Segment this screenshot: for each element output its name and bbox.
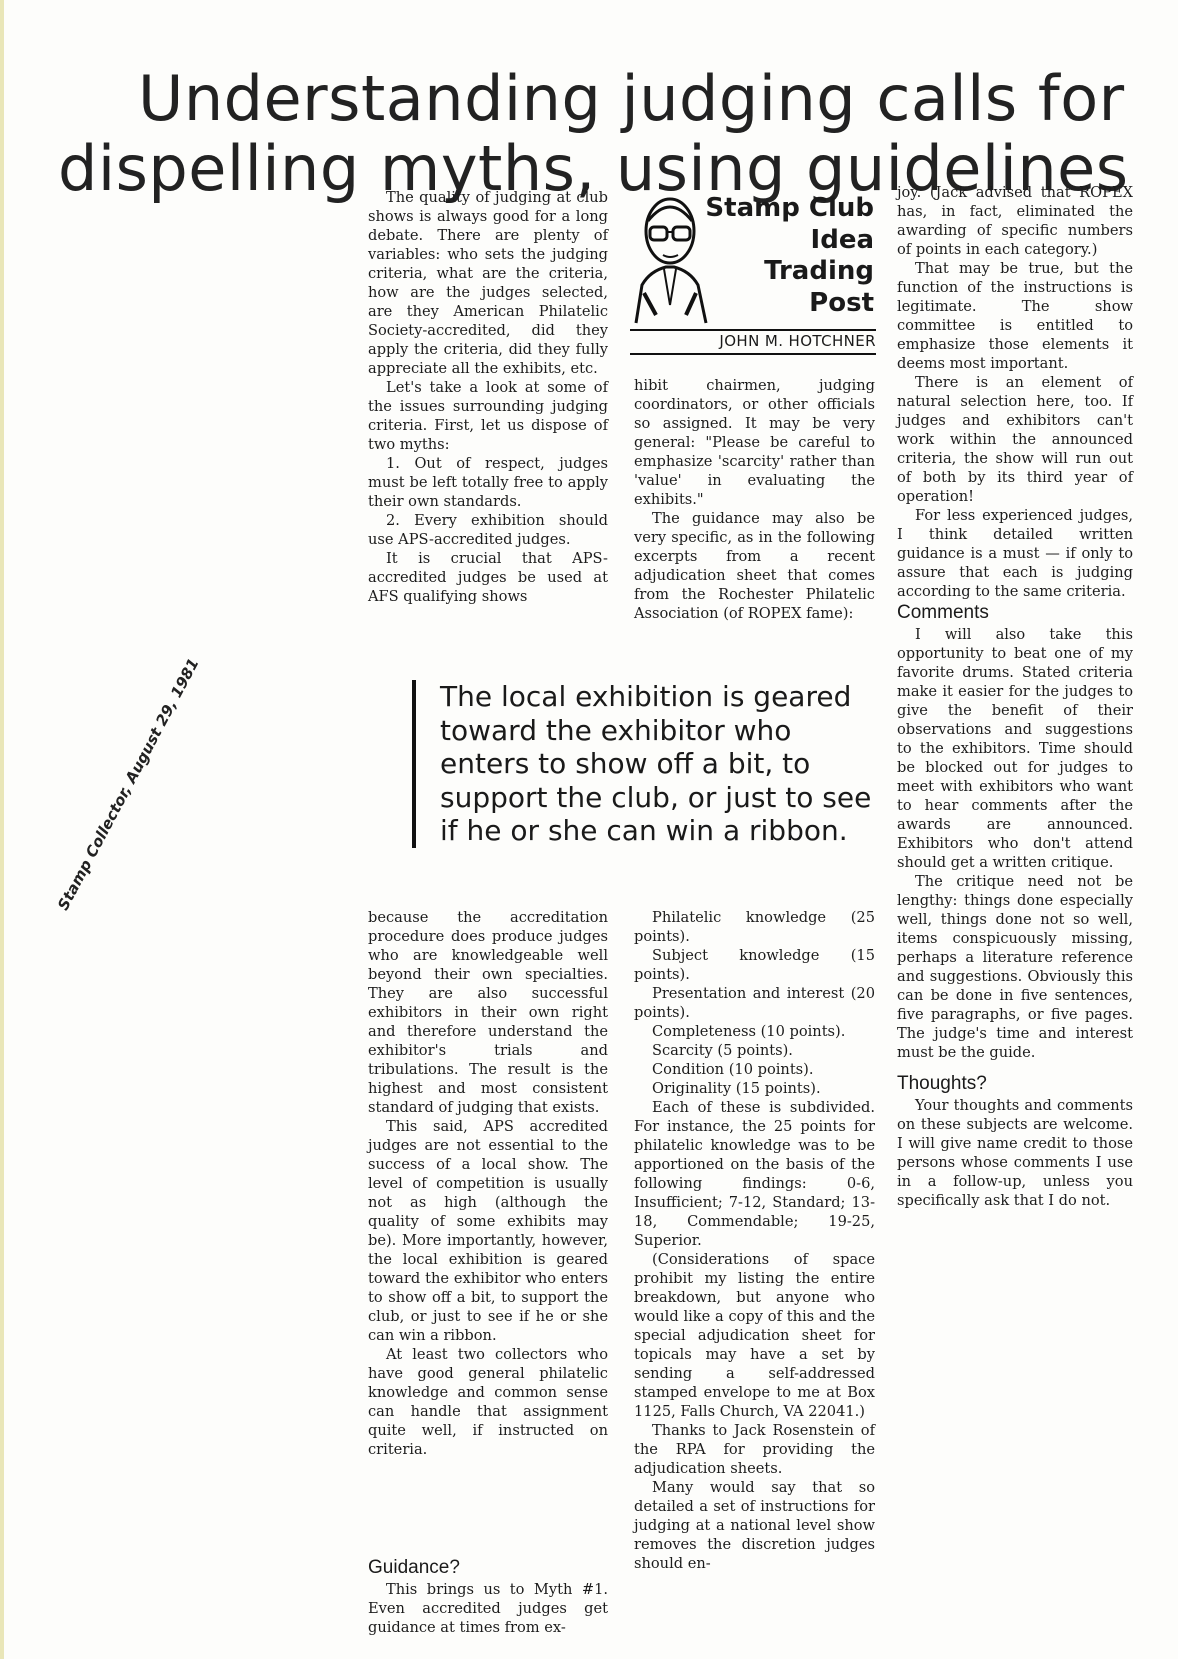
paragraph: That may be true, but the function of th… (897, 259, 1133, 373)
paragraph: This brings us to Myth #1. Even accredit… (368, 1580, 608, 1637)
column-1-guidance: Guidance? This brings us to Myth #1. Eve… (368, 1556, 608, 1637)
paragraph: joy. (Jack advised that ROPEX has, in fa… (897, 183, 1133, 259)
paragraph: For less experienced judges, I think det… (897, 506, 1133, 601)
page-edge (0, 0, 4, 1659)
column-logo: Stamp Club Idea Trading Post JOHN M. HOT… (628, 185, 876, 360)
paragraph: hibit chairmen, judging coordinators, or… (634, 376, 875, 509)
paragraph: Many would say that so detailed a set of… (634, 1478, 875, 1573)
column-2-top: hibit chairmen, judging coordinators, or… (634, 376, 875, 623)
paragraph: There is an element of natural selection… (897, 373, 1133, 506)
rule-top (630, 329, 876, 331)
criterion: Presentation and interest (20 points). (634, 984, 875, 1022)
rule-bottom (630, 353, 876, 355)
subcriterion: Originality (15 points). (634, 1079, 875, 1098)
paragraph: It is crucial that APS-accredited judges… (368, 549, 608, 606)
paragraph: (Considerations of space prohibit my lis… (634, 1250, 875, 1421)
paragraph: because the accreditation procedure does… (368, 908, 608, 1117)
column-title: Stamp Club Idea Trading Post (705, 193, 874, 319)
comments-heading: Comments (897, 601, 1133, 625)
criterion: Philatelic knowledge (25 points). (634, 908, 875, 946)
subcriterion: Scarcity (5 points). (634, 1041, 875, 1060)
paragraph: The quality of judging at club shows is … (368, 188, 608, 378)
byline: JOHN M. HOTCHNER (628, 332, 876, 350)
criterion: Subject knowledge (15 points). (634, 946, 875, 984)
paragraph: Let's take a look at some of the issues … (368, 378, 608, 454)
pull-quote: The local exhibition is geared toward th… (412, 680, 880, 848)
paragraph: Your thoughts and comments on these subj… (897, 1096, 1133, 1210)
column-1-top: The quality of judging at club shows is … (368, 188, 608, 606)
guidance-heading: Guidance? (368, 1556, 608, 1580)
myth-2: 2. Every exhibition should use APS-accre… (368, 511, 608, 549)
subcriterion: Condition (10 points). (634, 1060, 875, 1079)
paragraph: Each of these is subdivided. For instanc… (634, 1098, 875, 1250)
source-stamp: Stamp Collector, August 29, 1981 (54, 655, 203, 913)
thoughts-heading: Thoughts? (897, 1072, 1133, 1096)
paragraph: This said, APS accredited judges are not… (368, 1117, 608, 1345)
author-portrait-icon (630, 185, 712, 325)
paragraph: At least two collectors who have good ge… (368, 1345, 608, 1459)
headline-line-1: Understanding judging calls for (58, 64, 1138, 134)
paragraph: The guidance may also be very specific, … (634, 509, 875, 623)
column-2-bottom: Philatelic knowledge (25 points). Subjec… (634, 908, 875, 1573)
column-1-bottom: because the accreditation procedure does… (368, 908, 608, 1459)
paragraph: The critique need not be lengthy: things… (897, 872, 1133, 1062)
myth-1: 1. Out of respect, judges must be left t… (368, 454, 608, 511)
column-3: joy. (Jack advised that ROPEX has, in fa… (897, 183, 1133, 1210)
paragraph: Thanks to Jack Rosenstein of the RPA for… (634, 1421, 875, 1478)
subcriterion: Completeness (10 points). (634, 1022, 875, 1041)
paragraph: I will also take this opportunity to bea… (897, 625, 1133, 872)
